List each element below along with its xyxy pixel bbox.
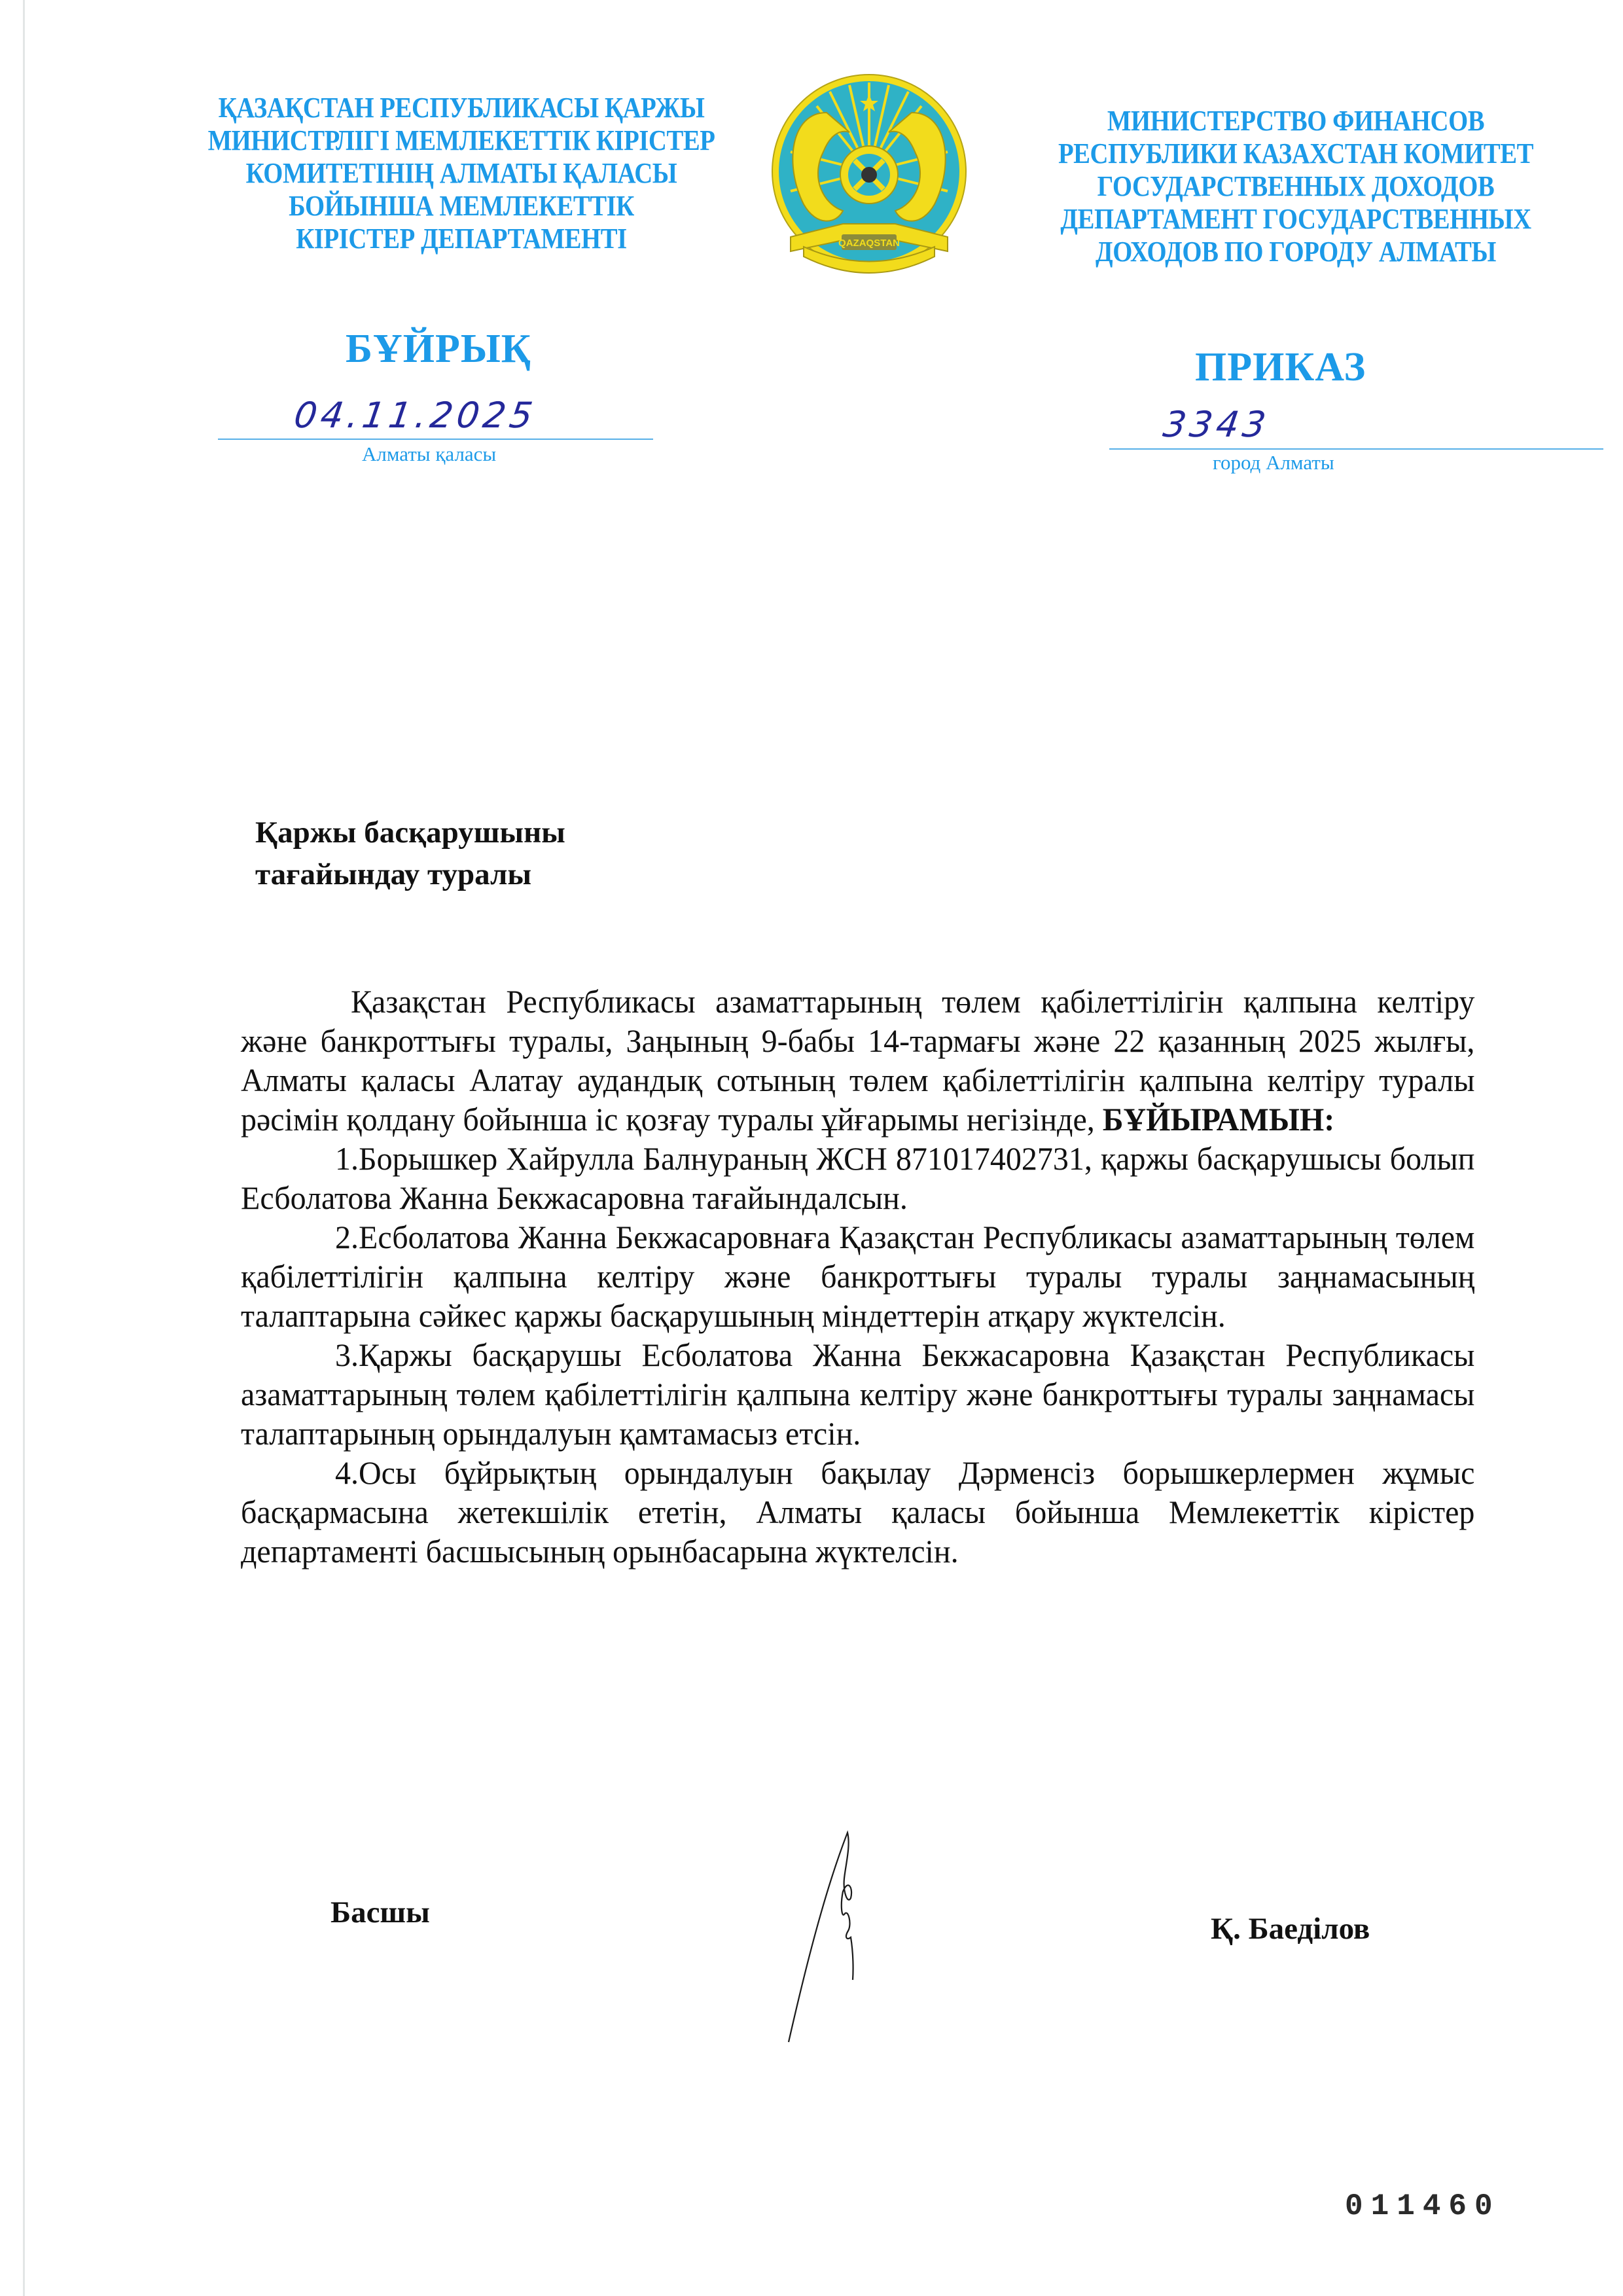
header-ru-line: ДОХОДОВ ПО ГОРОДУ АЛМАТЫ (1008, 236, 1584, 268)
header-russian: МИНИСТЕРСТВО ФИНАНСОВ РЕСПУБЛИКИ КАЗАХСТ… (1008, 105, 1584, 268)
header-kazakh: ҚАЗАҚСТАН РЕСПУБЛИКАСЫ ҚАРЖЫ МИНИСТРЛІГІ… (173, 92, 749, 255)
date-underline (218, 439, 653, 440)
order-date-handwritten: 04.11.2025 (292, 395, 539, 436)
emblem-label: QAZAQSTAN (838, 238, 900, 249)
subject-line: Қаржы басқарушыны (255, 812, 565, 853)
city-label-kz: Алматы қаласы (362, 442, 496, 466)
header-ru-line: ГОСУДАРСТВЕННЫХ ДОХОДОВ (1008, 170, 1584, 203)
order-word: БҰЙЫРАМЫН: (1103, 1101, 1334, 1138)
header-kz-line: МИНИСТРЛІГІ МЕМЛЕКЕТТІК КІРІСТЕР (173, 124, 749, 157)
order-item: 3.Қаржы басқарушы Есболатова Жанна Бекжа… (241, 1335, 1474, 1453)
header-ru-line: РЕСПУБЛИКИ КАЗАХСТАН КОМИТЕТ (1008, 137, 1584, 170)
state-emblem-icon: QAZAQSTAN (764, 73, 974, 289)
order-number-handwritten: 3343 (1161, 404, 1272, 445)
signatory-role: Басшы (330, 1895, 430, 1930)
header-kz-line: ҚАЗАҚСТАН РЕСПУБЛИКАСЫ ҚАРЖЫ (173, 92, 749, 124)
subject-line: тағайындау туралы (255, 853, 565, 895)
header-ru-line: МИНИСТЕРСТВО ФИНАНСОВ (1008, 105, 1584, 137)
order-title-ru: ПРИКАЗ (1195, 344, 1366, 391)
order-item: 1.Борышкер Хайрулла Балнураның ЖСН 87101… (241, 1139, 1474, 1217)
handwritten-signature-icon (785, 1826, 897, 2049)
order-subject: Қаржы басқарушыны тағайындау туралы (255, 812, 565, 895)
serial-number: 011460 (1345, 2189, 1501, 2223)
header-kz-line: БОЙЫНША МЕМЛЕКЕТТІК (173, 190, 749, 223)
number-underline (1109, 448, 1603, 450)
scan-edge-line (23, 0, 25, 2296)
header-kz-line: КІРІСТЕР ДЕПАРТАМЕНТІ (173, 223, 749, 255)
order-item: 4.Осы бұйрықтың орындалуын бақылау Дәрме… (241, 1453, 1474, 1571)
signatory-name: Қ. Баеділов (1211, 1911, 1370, 1946)
header-kz-line: КОМИТЕТІНІҢ АЛМАТЫ ҚАЛАСЫ (173, 157, 749, 190)
order-title-kz: БҰЙРЫҚ (346, 326, 531, 372)
order-item: 2.Есболатова Жанна Бекжасаровнаға Қазақс… (241, 1217, 1474, 1335)
order-body: Қазақстан Республикасы азаматтарының төл… (241, 982, 1474, 1571)
city-label-ru: город Алматы (1213, 451, 1334, 475)
preamble-paragraph: Қазақстан Республикасы азаматтарының төл… (241, 982, 1474, 1139)
header-ru-line: ДЕПАРТАМЕНТ ГОСУДАРСТВЕННЫХ (1008, 203, 1584, 236)
